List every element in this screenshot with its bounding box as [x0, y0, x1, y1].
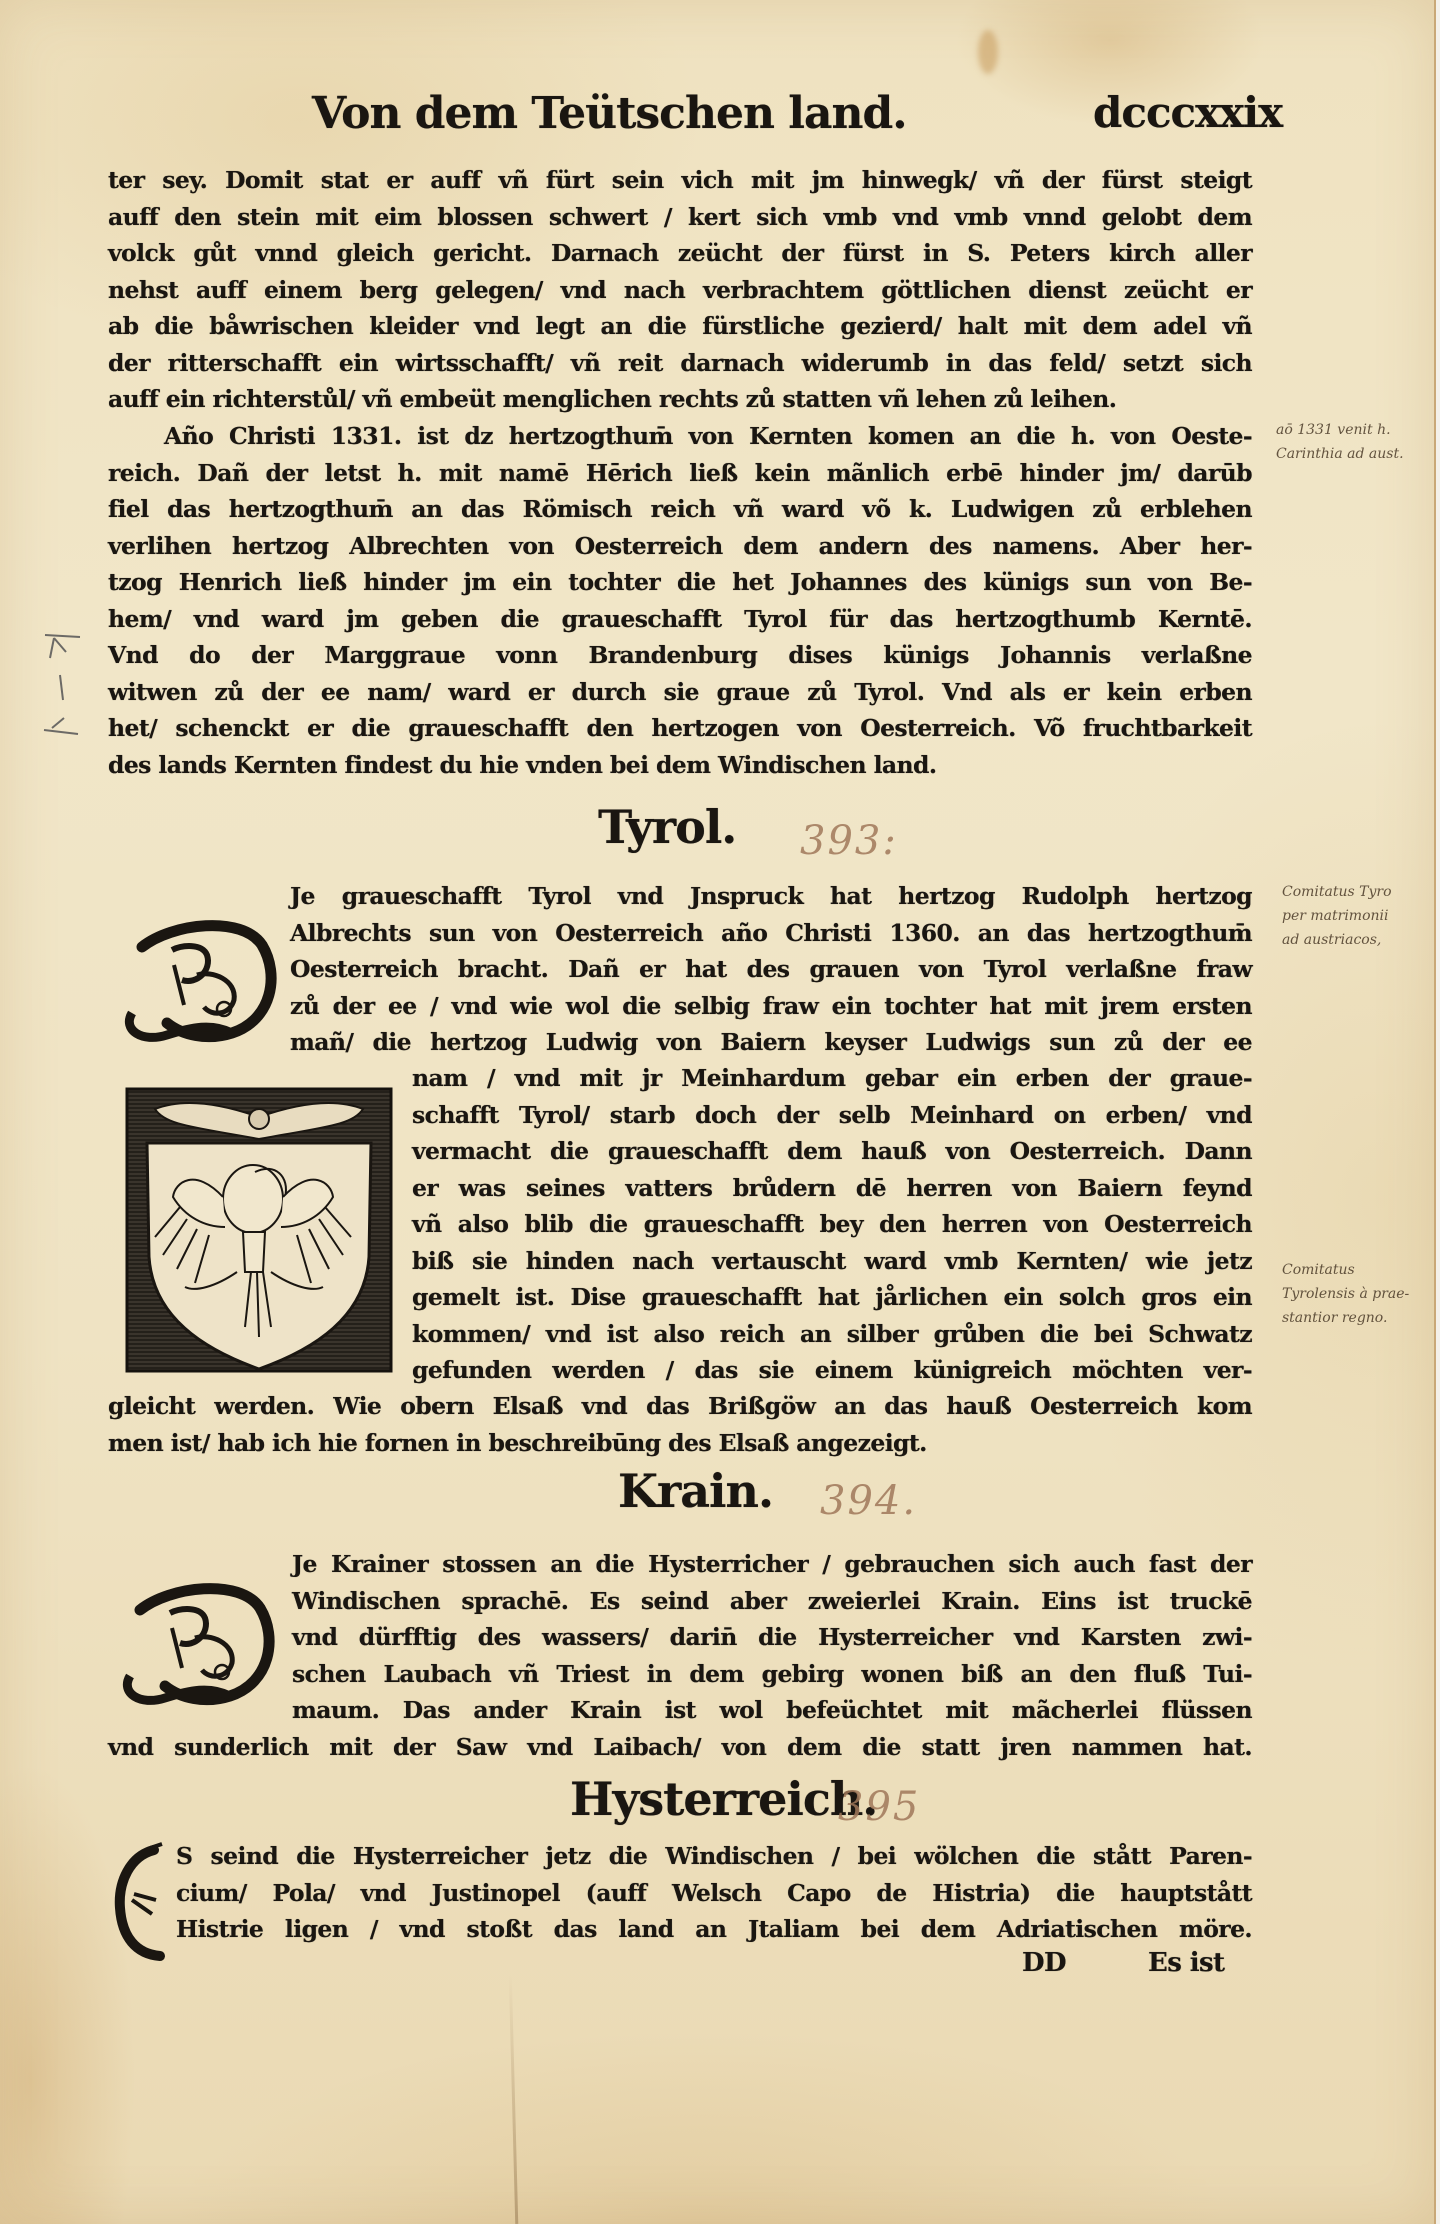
- dropcap-d-icon: [112, 905, 282, 1045]
- hysterreich-paragraph: S seind die Hysterreicher jetz die Windi…: [176, 1838, 1252, 1948]
- text-line: Albrechts sun von Oesterreich año Christ…: [290, 915, 1252, 952]
- krain-paragraph: Je Krainer stossen an die Hysterricher /…: [292, 1546, 1252, 1729]
- annotation-line: Comitatus: [1282, 1258, 1409, 1282]
- kernten-paragraph: Año Christi 1331. ist dz hertzogthum̄ vo…: [108, 418, 1252, 783]
- tyrol-paragraph-middle: nam / vnd mit jr Meinhardum gebar ein er…: [412, 1060, 1252, 1389]
- pencil-number: 395: [838, 1784, 920, 1830]
- text-line: des lands Kernten findest du hie vnden b…: [108, 747, 1252, 784]
- text-line: hem/ vnd ward jm geben die graueschafft …: [108, 601, 1252, 638]
- text-line: Año Christi 1331. ist dz hertzogthum̄ vo…: [108, 418, 1252, 455]
- text-line: vnd dürfftig des wassers/ darin̄ die Hys…: [292, 1619, 1252, 1656]
- section-heading-krain: Krain.: [618, 1464, 773, 1518]
- text-line: Je graueschafft Tyrol vnd Jnspruck hat h…: [290, 878, 1252, 915]
- annotation-line: ad austriacos,: [1282, 928, 1392, 952]
- text-line: vermacht die graueschafft dem hauß von O…: [412, 1133, 1252, 1170]
- text-line: kommen/ vnd ist also reich an silber grů…: [412, 1316, 1252, 1353]
- text-line: nam / vnd mit jr Meinhardum gebar ein er…: [412, 1060, 1252, 1097]
- text-line: maum. Das ander Krain ist wol befeüchtet…: [292, 1692, 1252, 1729]
- annotation-line: stantior regno.: [1282, 1306, 1409, 1330]
- folio-number: dcccxxix: [1093, 88, 1282, 137]
- pencil-bracket-icon: [40, 630, 90, 740]
- text-line: mañ/ die hertzog Ludwig von Baiern keyse…: [290, 1024, 1252, 1061]
- text-line: gemelt ist. Dise graueschafft hat jårlic…: [412, 1279, 1252, 1316]
- annotation-line: per matrimonii: [1282, 904, 1392, 928]
- tyrol-paragraph-bottom: gleicht werden. Wie obern Elsaß vnd das …: [108, 1388, 1252, 1461]
- text-line: Windischen sprachē. Es seind aber zweier…: [292, 1583, 1252, 1620]
- annotation-line: Carinthia ad aust.: [1276, 442, 1404, 466]
- text-line: men ist/ hab ich hie fornen in beschreib…: [108, 1425, 1252, 1462]
- text-line: fiel das hertzogthum̄ an das Römisch rei…: [108, 491, 1252, 528]
- marginal-annotation: Comitatus Tyrolensis à prae- stantior re…: [1282, 1258, 1409, 1330]
- text-line: gleicht werden. Wie obern Elsaß vnd das …: [108, 1388, 1252, 1425]
- section-heading-hysterreich: Hysterreich.: [570, 1772, 877, 1826]
- pencil-number: 393:: [800, 818, 898, 864]
- text-line: cium/ Pola/ vnd Justinopel (auff Welsch …: [176, 1875, 1252, 1912]
- section-heading-tyrol: Tyrol.: [598, 800, 736, 854]
- text-line: witwen zů der ee nam/ ward er durch sie …: [108, 674, 1252, 711]
- running-head: Von dem Teütschen land.: [312, 88, 907, 139]
- text-line: Histrie ligen / vnd stoßt das land an Jt…: [176, 1911, 1252, 1948]
- signature-mark: DD: [1022, 1948, 1066, 1978]
- text-line: der ritterschafft ein wirtsschafft/ vñ r…: [108, 345, 1252, 382]
- krain-paragraph-bottom: vnd sunderlich mit der Saw vnd Laibach/ …: [108, 1729, 1252, 1766]
- text-line: er was seines vatters brůdern dē herren …: [412, 1170, 1252, 1207]
- text-line: S seind die Hysterreicher jetz die Windi…: [176, 1838, 1252, 1875]
- marginal-annotation: aō 1331 venit h. Carinthia ad aust.: [1276, 418, 1404, 466]
- text-line: Je Krainer stossen an die Hysterricher /…: [292, 1546, 1252, 1583]
- tyrol-paragraph-top: Je graueschafft Tyrol vnd Jnspruck hat h…: [290, 878, 1252, 1061]
- text-line: nehst auff einem berg gelegen/ vnd nach …: [108, 272, 1252, 309]
- text-line: auff den stein mit eim blossen schwert /…: [108, 199, 1252, 236]
- text-line: vnd sunderlich mit der Saw vnd Laibach/ …: [108, 1729, 1252, 1766]
- paper-crease: [509, 1975, 519, 2224]
- text-line: ter sey. Domit stat er auff vñ fürt sein…: [108, 162, 1252, 199]
- text-line: reich. Dañ der letst h. mit namē Hērich …: [108, 455, 1252, 492]
- text-line: tzog Henrich ließ hinder jm ein tochter …: [108, 564, 1252, 601]
- book-page: Von dem Teütschen land. dcccxxix ter sey…: [0, 0, 1436, 2224]
- text-line: het/ schenckt er die graueschafft den he…: [108, 710, 1252, 747]
- annotation-line: Comitatus Tyro: [1282, 880, 1392, 904]
- text-line: Oesterreich bracht. Dañ er hat des graue…: [290, 951, 1252, 988]
- marginal-annotation: Comitatus Tyro per matrimonii ad austria…: [1282, 880, 1392, 952]
- text-line: schen Laubach vñ Triest in dem gebirg wo…: [292, 1656, 1252, 1693]
- text-line: biß sie hinden nach vertauscht ward vmb …: [412, 1243, 1252, 1280]
- text-line: verlihen hertzog Albrechten von Oesterre…: [108, 528, 1252, 565]
- catchword: Es ist: [1148, 1948, 1224, 1978]
- text-line: Vnd do der Marggraue vonn Brandenburg di…: [108, 637, 1252, 674]
- text-line: schafft Tyrol/ starb doch der selb Meinh…: [412, 1097, 1252, 1134]
- intro-paragraph: ter sey. Domit stat er auff vñ fürt sein…: [108, 162, 1252, 418]
- pencil-number: 394.: [820, 1478, 917, 1524]
- text-line: vñ also blib die graueschafft bey den he…: [412, 1206, 1252, 1243]
- text-line: auff ein richterstůl/ vñ embeüt menglich…: [108, 381, 1252, 418]
- annotation-line: Tyrolensis à prae-: [1282, 1282, 1409, 1306]
- annotation-line: aō 1331 venit h.: [1276, 418, 1404, 442]
- text-line: gefunden werden / das sie einem künigrei…: [412, 1352, 1252, 1389]
- dropcap-e-icon: [112, 1842, 172, 1962]
- text-line: volck gůt vnnd gleich gericht. Darnach z…: [108, 235, 1252, 272]
- text-line: ab die båwrischen kleider vnd legt an di…: [108, 308, 1252, 345]
- coat-of-arms-eagle-icon: [125, 1087, 393, 1373]
- text-line: zů der ee / vnd wie wol die selbig fraw …: [290, 988, 1252, 1025]
- foxing-stain: [978, 30, 998, 74]
- dropcap-d-icon: [110, 1568, 280, 1708]
